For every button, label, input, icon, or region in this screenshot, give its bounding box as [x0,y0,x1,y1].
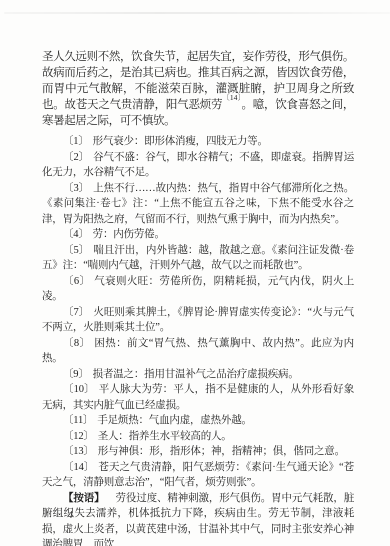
footnote-number: 〔11〕 [63,415,93,426]
footnote-ref-14: 〔14〕 [222,93,241,102]
footnote-text: 形气衰少：即形体消瘦，四肢无力等。 [93,136,268,147]
footnote-item: 〔11〕手足烦热：气血内虚，虚热外越。 [42,413,354,429]
footnote-number: 〔8〕 [63,338,90,349]
footnote-number: 〔4〕 [63,229,89,240]
footnote-item: 〔6〕气衰则火旺：劳倦所伤，阴精耗损，元气内伐，阴火上凌。 [42,274,354,305]
footnote-item: 〔10〕平人脉大为劳：平人，指不是健康的人，从外形看好象无病，其实内脏气血已经虚… [42,382,354,413]
footnote-number: 〔6〕 [63,276,90,287]
footnotes-section: 〔1〕形气衰少：即形体消瘦，四肢无力等。 〔2〕谷气不盛：谷气，即水谷精气；不盛… [42,134,354,491]
footnote-item: 〔2〕谷气不盛：谷气，即水谷精气；不盛，即虚衰。指脾胃运化无力，水谷精气不足。 [42,150,354,181]
footnote-item: 〔7〕火旺则乘其脾土，《脾胃论·脾胃虚实传变论》：“火与元气不两立，火胜则乘其土… [42,305,354,336]
footnote-item: 〔3〕上焦不行……故内热：热气，指胃中谷气郁滞所化之热。《素问集注·卷七》注：“… [42,181,354,228]
commentary-paragraph: 【按语】劳役过度、精神刺激，形气俱伤。胃中元气耗散，脏腑组织失去濡养，机体抵抗力… [42,491,354,546]
main-paragraph: 圣人久远则不然，饮食失节，起居失宜，妄作劳役，形气俱伤。故病而后药之，是治其已病… [42,49,354,129]
text-block: 圣人久远则不然，饮食失节，起居失宜，妄作劳役，形气俱伤。故病而后药之，是治其已病… [42,49,354,546]
footnote-text: 损者温之：指用甘温补气之品治疗虚损疾病。 [93,369,299,380]
footnote-number: 〔7〕 [63,307,89,318]
footnote-number: 〔5〕 [63,245,89,256]
footnote-item: 〔14〕苍天之气贵清静，阳气恶烦劳：《素问·生气通天论》“苍天之气，清静则意志治… [42,460,354,491]
footnote-item: 〔5〕喘且汗出，内外皆越：越，散越之意。《素问注证发微·卷五》注：“喘则内气越，… [42,243,354,274]
book-page: 圣人久远则不然，饮食失节，起居失宜，妄作劳役，形气俱伤。故病而后药之，是治其已病… [0,0,390,546]
scan-edge-artifact [4,12,390,14]
footnote-text: 圣人：指养生水平较高的人。 [98,431,232,442]
footnote-item: 〔8〕困热：前文“胃气热、热气薰胸中、故内热”。此应为内热。 [42,336,354,367]
footnote-item: 〔13〕形与神俱：形，指形体；神，指精神；俱，偕同之意。 [42,444,354,460]
footnote-number: 〔1〕 [63,136,89,147]
footnote-item: 〔4〕劳：内伤劳倦。 [42,227,354,243]
footnote-text: 劳：内伤劳倦。 [93,229,165,240]
footnote-item: 〔1〕形气衰少：即形体消瘦，四肢无力等。 [42,134,354,150]
footnote-item: 〔9〕损者温之：指用甘温补气之品治疗虚损疾病。 [42,367,354,383]
footnote-number: 〔9〕 [63,369,89,380]
footnote-number: 〔14〕 [63,462,94,473]
footnote-text: 形与神俱：形，指形体；神，指精神；俱，偕同之意。 [98,446,345,457]
footnote-number: 〔2〕 [63,152,89,163]
footnote-number: 〔10〕 [63,384,95,395]
footnote-number: 〔12〕 [63,431,94,442]
footnote-item: 〔12〕圣人：指养生水平较高的人。 [42,429,354,445]
footnote-number: 〔13〕 [63,446,94,457]
footnote-number: 〔3〕 [63,183,89,194]
commentary-label: 【按语】 [63,493,105,504]
footnote-text: 手足烦热：气血内虚，虚热外越。 [97,415,252,426]
page-number: · 4 · [58,509,85,521]
